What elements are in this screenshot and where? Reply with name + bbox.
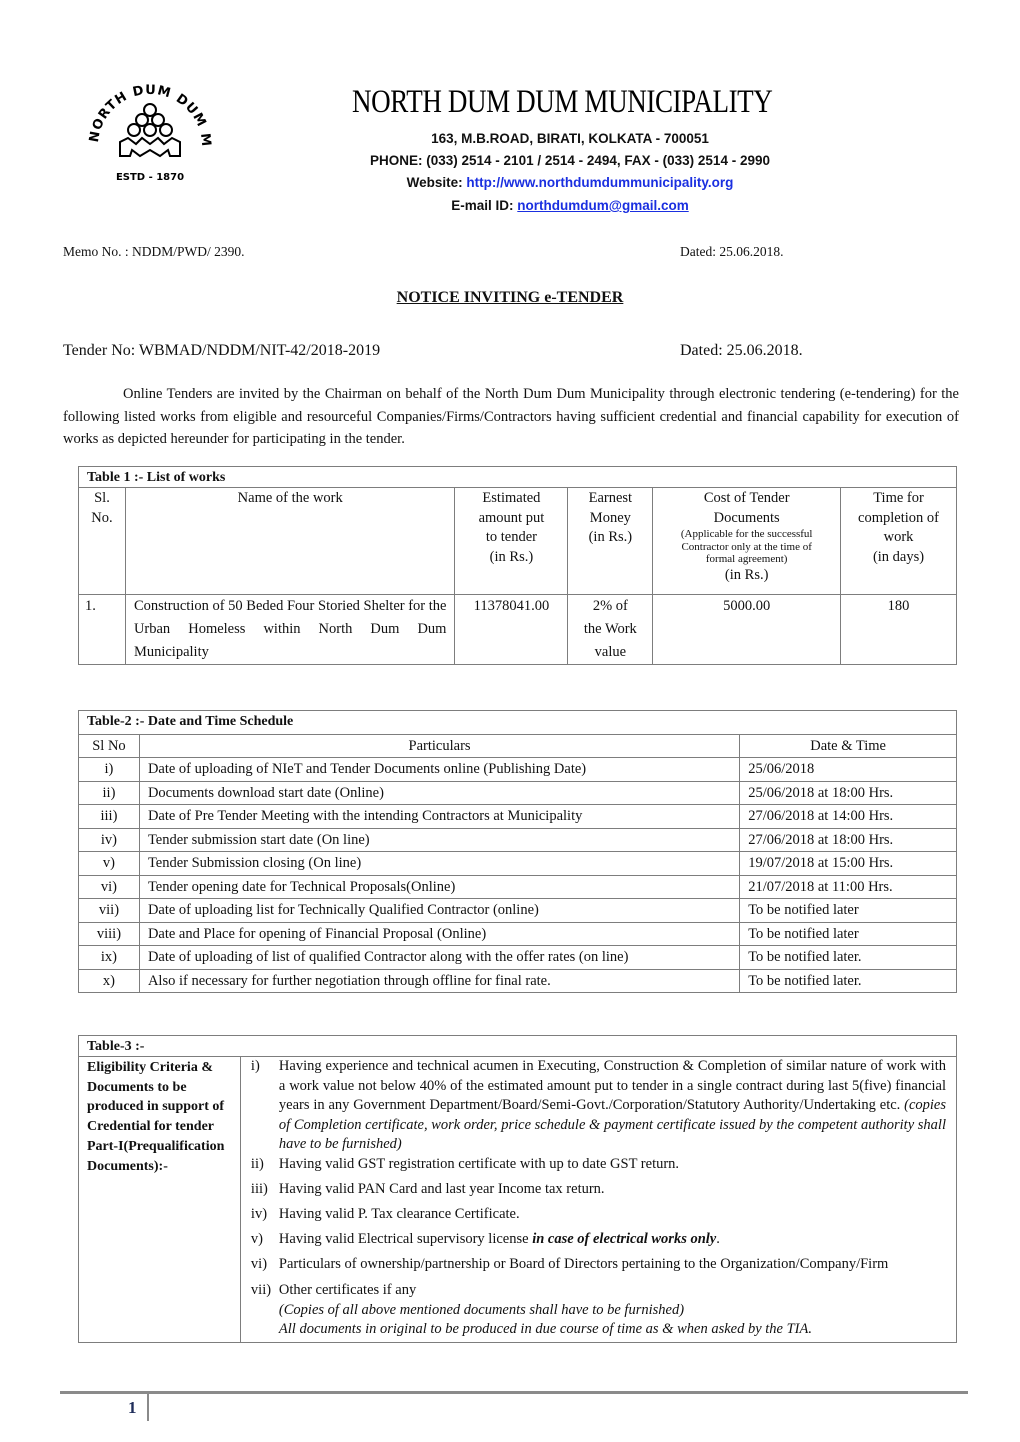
table-row: x)Also if necessary for further negotiat… <box>79 969 957 993</box>
col-header-sl: Sl.No. <box>79 488 126 595</box>
table3-caption: Table-3 :- <box>79 1036 957 1057</box>
schedule-particulars: Date of uploading of list of qualified C… <box>139 946 739 970</box>
col-header-cost: Cost of TenderDocuments (Applicable for … <box>653 488 841 595</box>
footer-rule <box>60 1391 968 1394</box>
schedule-sl: iii) <box>79 805 140 829</box>
organization-address: 163, M.B.ROAD, BIRATI, KOLKATA - 700051 <box>230 131 910 146</box>
schedule-particulars: Date and Place for opening of Financial … <box>139 922 739 946</box>
email-link[interactable]: northdumdum@gmail.com <box>517 198 688 213</box>
website-label: Website: <box>407 175 467 190</box>
schedule-sl: ii) <box>79 781 140 805</box>
organization-phone: PHONE: (033) 2514 - 2101 / 2514 - 2494, … <box>230 153 910 168</box>
col-header-datetime: Date & Time <box>740 734 957 758</box>
schedule-sl: viii) <box>79 922 140 946</box>
criteria-item: vii)Other certificates if any <box>249 1279 946 1301</box>
criteria-item: iv)Having valid P. Tax clearance Certifi… <box>249 1203 946 1225</box>
table-row: iv)Tender submission start date (On line… <box>79 828 957 852</box>
schedule-datetime: 27/06/2018 at 14:00 Hrs. <box>740 805 957 829</box>
notice-title: NOTICE INVITING e-TENDER <box>0 289 1020 307</box>
schedule-datetime: 21/07/2018 at 11:00 Hrs. <box>740 875 957 899</box>
schedule-particulars: Date of uploading list for Technically Q… <box>139 899 739 923</box>
schedule-datetime: 19/07/2018 at 15:00 Hrs. <box>740 852 957 876</box>
schedule-particulars: Also if necessary for further negotiatio… <box>139 969 739 993</box>
organization-email: E-mail ID: northdumdum@gmail.com <box>230 198 910 213</box>
schedule-datetime: 27/06/2018 at 18:00 Hrs. <box>740 828 957 852</box>
criteria-item: iii)Having valid PAN Card and last year … <box>249 1178 946 1200</box>
criteria-label: Eligibility Criteria & Documents to be p… <box>79 1057 241 1343</box>
schedule-particulars: Tender submission start date (On line) <box>139 828 739 852</box>
date-time-schedule-table: Table-2 :- Date and Time Schedule Sl No … <box>78 710 957 993</box>
eligibility-criteria-table: Table-3 :- Eligibility Criteria & Docume… <box>78 1035 957 1343</box>
footer-divider <box>147 1394 149 1421</box>
criteria-item: v) Having valid Electrical supervisory l… <box>249 1228 946 1250</box>
work-time: 180 <box>841 595 957 665</box>
col-header-earnest: EarnestMoney (in Rs.) <box>568 488 653 595</box>
col-header-particulars: Particulars <box>139 734 739 758</box>
schedule-datetime: To be notified later. <box>740 969 957 993</box>
table-row: vii)Date of uploading list for Technical… <box>79 899 957 923</box>
table-row: 1. Construction of 50 Beded Four Storied… <box>79 595 957 665</box>
work-cost: 5000.00 <box>653 595 841 665</box>
schedule-datetime: To be notified later <box>740 922 957 946</box>
memo-date: Dated: 25.06.2018. <box>680 244 784 260</box>
organization-name: NORTH DUM DUM MUNICIPALITY <box>352 84 680 121</box>
criteria-note: (Copies of all above mentioned documents… <box>249 1301 946 1321</box>
table-row: vi)Tender opening date for Technical Pro… <box>79 875 957 899</box>
table1-header-row: Sl.No. Name of the work Estimatedamount … <box>79 488 957 595</box>
schedule-datetime: To be notified later <box>740 899 957 923</box>
criteria-item: ii)Having valid GST registration certifi… <box>249 1155 946 1175</box>
table-row: v)Tender Submission closing (On line)19/… <box>79 852 957 876</box>
website-link[interactable]: http://www.northdumdummunicipality.org <box>466 175 733 190</box>
table2-header-row: Sl No Particulars Date & Time <box>79 734 957 758</box>
work-name: Construction of 50 Beded Four Storied Sh… <box>125 595 455 665</box>
schedule-particulars: Date of uploading of NIeT and Tender Doc… <box>139 758 739 782</box>
table-row: iii)Date of Pre Tender Meeting with the … <box>79 805 957 829</box>
page-number: 1 <box>128 1398 137 1418</box>
table-row: i)Date of uploading of NIeT and Tender D… <box>79 758 957 782</box>
tender-date: Dated: 25.06.2018. <box>680 342 803 360</box>
criteria-note: All documents in original to be produced… <box>249 1320 946 1340</box>
col-header-estimated: Estimatedamount put to tender(in Rs.) <box>455 488 568 595</box>
schedule-particulars: Tender opening date for Technical Propos… <box>139 875 739 899</box>
organization-website: Website: http://www.northdumdummunicipal… <box>230 175 910 190</box>
municipality-emblem-icon: NORTH DUM DUM MUNICIPALITY ESTD - 1870 <box>80 68 220 186</box>
col-header-time: Time forcompletion of work(in days) <box>841 488 957 595</box>
svg-text:ESTD - 1870: ESTD - 1870 <box>116 172 184 183</box>
schedule-particulars: Tender Submission closing (On line) <box>139 852 739 876</box>
table-row: ii)Documents download start date (Online… <box>79 781 957 805</box>
table1-caption: Table 1 :- List of works <box>79 467 957 488</box>
schedule-sl: i) <box>79 758 140 782</box>
work-sl: 1. <box>79 595 126 665</box>
work-estimated: 11378041.00 <box>455 595 568 665</box>
schedule-sl: x) <box>79 969 140 993</box>
schedule-sl: vii) <box>79 899 140 923</box>
schedule-sl: ix) <box>79 946 140 970</box>
work-earnest: 2% ofthe Workvalue <box>568 595 653 665</box>
tender-number: Tender No: WBMAD/NDDM/NIT-42/2018-2019 <box>63 342 380 360</box>
memo-number: Memo No. : NDDM/PWD/ 2390. <box>63 244 245 260</box>
table-row: ix)Date of uploading of list of qualifie… <box>79 946 957 970</box>
schedule-particulars: Documents download start date (Online) <box>139 781 739 805</box>
criteria-item: i) Having experience and technical acume… <box>249 1057 946 1155</box>
criteria-list: i) Having experience and technical acume… <box>240 1057 956 1343</box>
schedule-datetime: 25/06/2018 <box>740 758 957 782</box>
col-header-sl: Sl No <box>79 734 140 758</box>
schedule-particulars: Date of Pre Tender Meeting with the inte… <box>139 805 739 829</box>
criteria-item: vi)Particulars of ownership/partnership … <box>249 1253 946 1276</box>
schedule-datetime: 25/06/2018 at 18:00 Hrs. <box>740 781 957 805</box>
schedule-datetime: To be notified later. <box>740 946 957 970</box>
schedule-sl: vi) <box>79 875 140 899</box>
schedule-sl: iv) <box>79 828 140 852</box>
table2-caption: Table-2 :- Date and Time Schedule <box>79 711 957 735</box>
intro-paragraph: Online Tenders are invited by the Chairm… <box>63 383 959 451</box>
list-of-works-table: Table 1 :- List of works Sl.No. Name of … <box>78 466 957 665</box>
col-header-name: Name of the work <box>125 488 455 595</box>
email-label: E-mail ID: <box>451 198 517 213</box>
schedule-sl: v) <box>79 852 140 876</box>
table-row: viii)Date and Place for opening of Finan… <box>79 922 957 946</box>
